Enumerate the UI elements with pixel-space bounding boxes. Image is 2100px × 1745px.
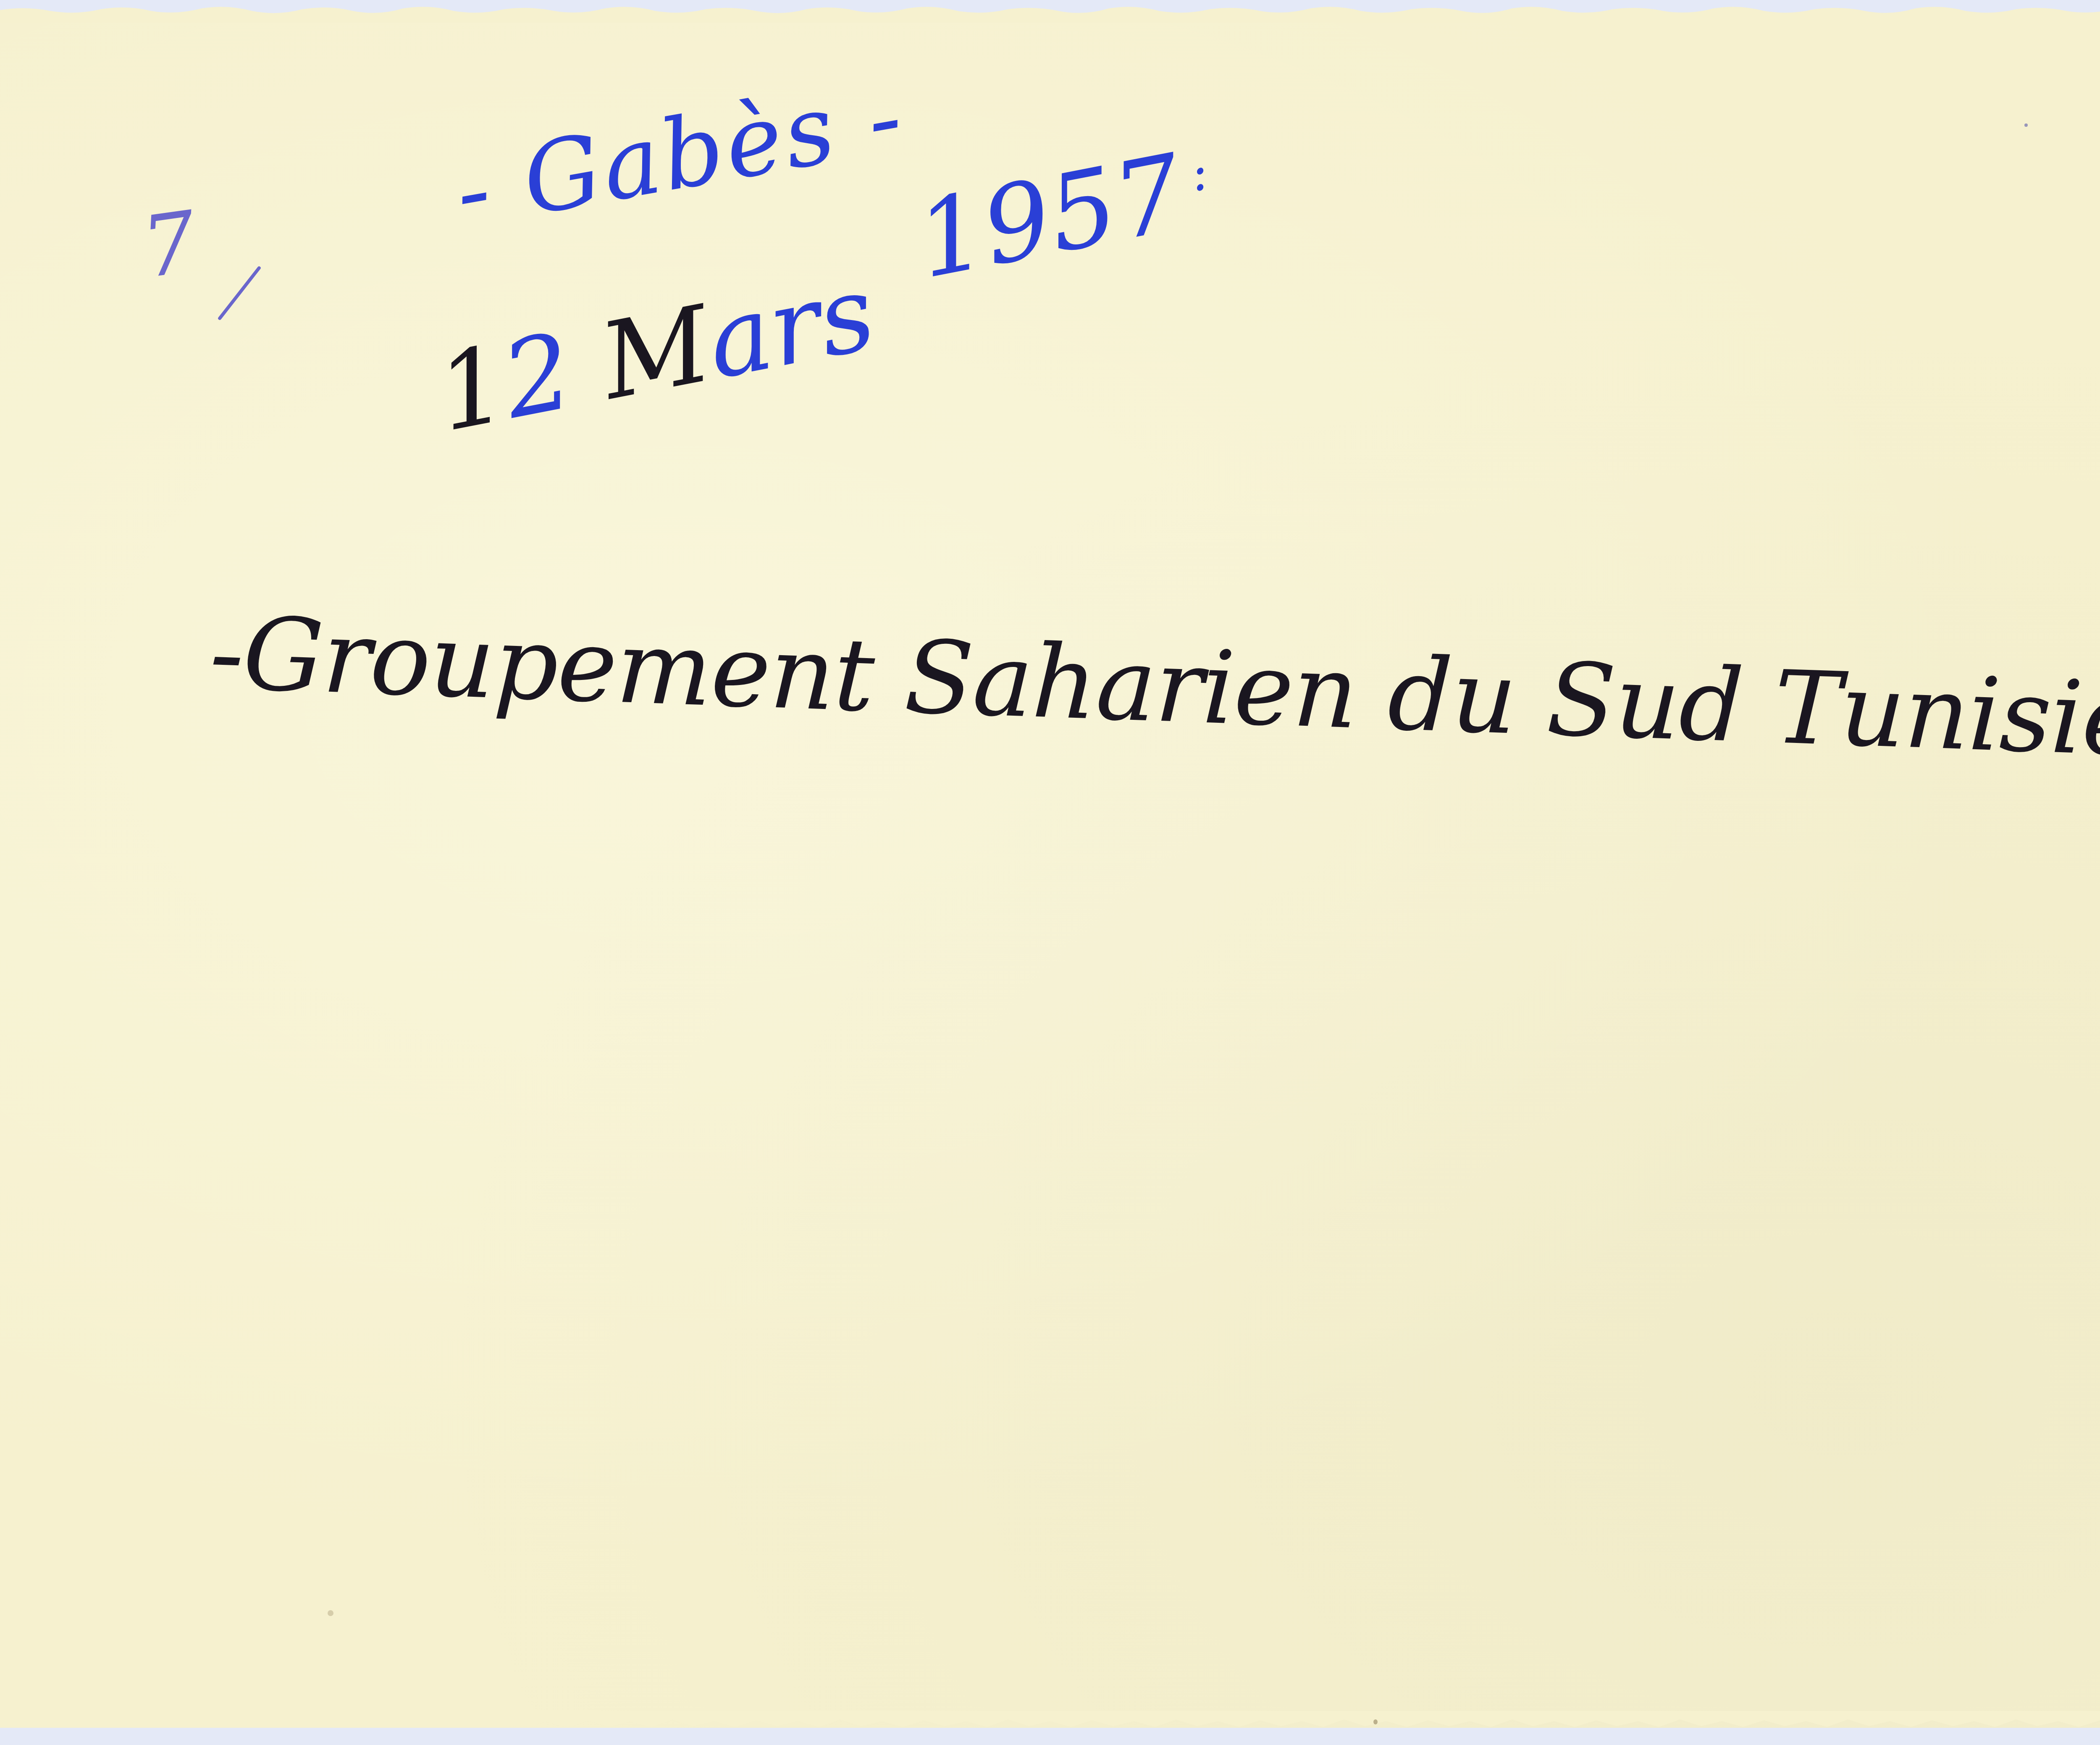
date-year: 1957	[909, 140, 1191, 294]
unit-caption: -Groupement Saharien du Sud Tunisien	[208, 602, 2100, 773]
location-label: - Gabès -	[449, 68, 911, 242]
archive-mark-number: 7	[137, 200, 202, 291]
deckled-edge-top	[0, 6, 2100, 23]
ink-speck	[2024, 123, 2028, 127]
archive-mark-slash	[218, 265, 262, 320]
date-trailing-mark: :	[1186, 147, 1213, 200]
scan-background: 7 - Gabès - 12 Mars 1957: -Groupement Sa…	[0, 0, 2100, 1745]
paper-speck	[1373, 1719, 1378, 1724]
deckled-edge-bottom	[0, 1711, 2100, 1728]
date-month-rest: ars	[697, 251, 884, 403]
photo-reverse-card: 7 - Gabès - 12 Mars 1957: -Groupement Sa…	[0, 6, 2100, 1728]
paper-speck	[328, 1610, 333, 1616]
